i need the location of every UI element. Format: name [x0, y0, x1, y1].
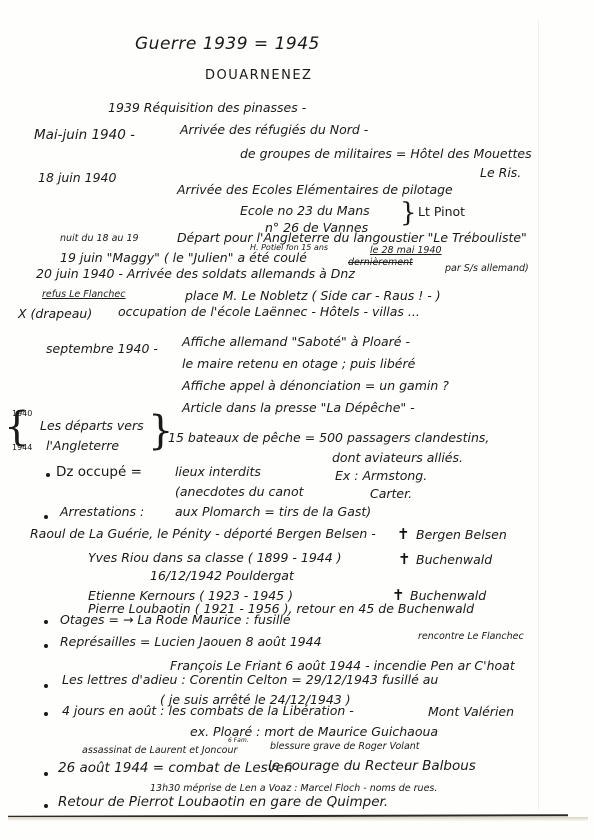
date-18-juin: 18 juin 1940 — [38, 172, 116, 185]
line-19-juin: 19 juin "Maggy" ( le "Julien" a été coul… — [60, 252, 307, 265]
dep-year-1940: 1940 — [12, 410, 32, 418]
cross-icon: ✝ — [397, 525, 410, 543]
line-jours: 4 jours en août : les combats de la Libé… — [62, 705, 354, 718]
line-dz-ex-2: Carter. — [370, 488, 412, 501]
struck-word: dernièrement — [348, 258, 413, 268]
bottom-edge-shadow — [8, 817, 588, 821]
line-dz-3: aux Plomarch = tirs de la Gast) — [175, 506, 371, 519]
arrest-2: Yves Riou dans sa classe ( 1899 - 1944 ) — [88, 552, 342, 565]
line-represailles-2: François Le Friant 6 août 1944 - incendi… — [170, 660, 515, 673]
line-jours-3: assassinat de Laurent et Joncour — [82, 746, 237, 756]
page-title: Guerre 1939 = 1945 — [135, 36, 320, 53]
brace-right: } — [400, 198, 417, 228]
line-dz-ex: Ex : Armstong. — [335, 470, 427, 483]
line-lt-pinot: Lt Pinot — [418, 206, 465, 219]
line-sept-3: Affiche appel à dénonciation = un gamin … — [182, 380, 449, 393]
line-sept-1: Affiche allemand "Saboté" à Ploaré - — [182, 336, 410, 349]
line-18-juin: Arrivée des Ecoles Elémentaires de pilot… — [177, 184, 453, 197]
line-19-juin-date: le 28 mai 1940 — [370, 246, 442, 256]
bullet — [44, 684, 48, 688]
line-lettres-3: Mont Valérien — [428, 706, 514, 719]
bullet — [44, 804, 48, 808]
bullet — [44, 644, 48, 648]
line-mai-2: de groupes de militaires = Hôtel des Mou… — [240, 148, 532, 161]
line-1939: 1939 Réquisition des pinasses - — [108, 102, 306, 115]
line-represailles-note: rencontre Le Flanchec — [418, 632, 524, 642]
line-mai-2-cont: Le Ris. — [480, 167, 521, 180]
arrest-1-place: Bergen Belsen — [416, 529, 507, 542]
line-ecole-23: Ecole no 23 du Mans — [240, 205, 370, 218]
line-dz-occupe: Dz occupé = — [56, 466, 142, 480]
line-departs-2: dont aviateurs alliés. — [332, 452, 463, 465]
line-19-juin-end: par S/s allemand) — [445, 264, 529, 274]
line-retour: Retour de Pierrot Loubaotin en gare de Q… — [58, 796, 388, 810]
line-mai: Arrivée des réfugiés du Nord - — [180, 124, 368, 137]
dep-label-2: l'Angleterre — [46, 440, 119, 453]
line-sept-2: le maire retenu en otage ; puis libéré — [182, 358, 415, 371]
line-dz-1: lieux interdits — [175, 466, 261, 479]
line-occupation: occupation de l'école Laënnec - Hôtels -… — [118, 306, 420, 319]
cross-icon: ✝ — [398, 550, 411, 568]
line-26-aout-c: 13h30 méprise de Len a Voaz : Marcel Flo… — [150, 784, 437, 794]
line-represailles: Représailles = Lucien Jaouen 8 août 1944 — [60, 636, 322, 649]
paper-edge — [538, 20, 539, 810]
line-refus: refus Le Flanchec — [42, 290, 126, 300]
line-arrestations: Arrestations : — [60, 506, 144, 519]
arrest-2-place: Buchenwald — [416, 554, 492, 567]
bullet — [44, 772, 48, 776]
page-subtitle: DOUARNENEZ — [205, 69, 312, 82]
handwritten-page: Guerre 1939 = 1945 DOUARNENEZ 1939 Réqui… — [0, 0, 594, 840]
arrest-1: Raoul de La Guérie, le Pénity - déporté … — [30, 528, 376, 541]
bullet — [46, 473, 50, 477]
line-jours-3b: blessure grave de Roger Volant — [270, 742, 420, 752]
line-dz-2: (anecdotes du canot — [175, 486, 304, 499]
date-mai-juin: Mai-juin 1940 - — [34, 129, 135, 143]
dep-label-1: Les départs vers — [40, 420, 144, 433]
line-place: place M. Le Nobletz ( Side car - Raus ! … — [185, 290, 441, 303]
bullet — [44, 515, 48, 519]
line-jours-3c: 6 Fam. — [228, 738, 249, 744]
bullet — [44, 620, 48, 624]
dep-year-1944: 1944 — [12, 444, 32, 452]
arrest-2-note: 16/12/1942 Pouldergat — [150, 570, 294, 583]
line-sept-4: Article dans la presse "La Dépêche" - — [182, 402, 415, 415]
bullet — [44, 712, 48, 716]
date-nuit: nuit du 18 au 19 — [60, 234, 139, 244]
line-otages: Otages = → La Rode Maurice : fusillé — [60, 614, 291, 627]
date-septembre: septembre 1940 - — [46, 343, 158, 356]
line-nuit: Départ pour l'Angleterre du langoustier … — [177, 232, 527, 245]
line-26-aout: 26 août 1944 = combat de Lesven — [58, 762, 293, 776]
line-26-aout-b: le courage du Recteur Balbous — [268, 760, 476, 774]
line-drapeau: X (drapeau) — [18, 308, 92, 321]
line-departs: 15 bateaux de pêche = 500 passagers clan… — [168, 432, 489, 445]
line-lettres: Les lettres d'adieu : Corentin Celton = … — [62, 674, 438, 687]
line-20-juin: 20 juin 1940 - Arrivée des soldats allem… — [36, 268, 355, 281]
